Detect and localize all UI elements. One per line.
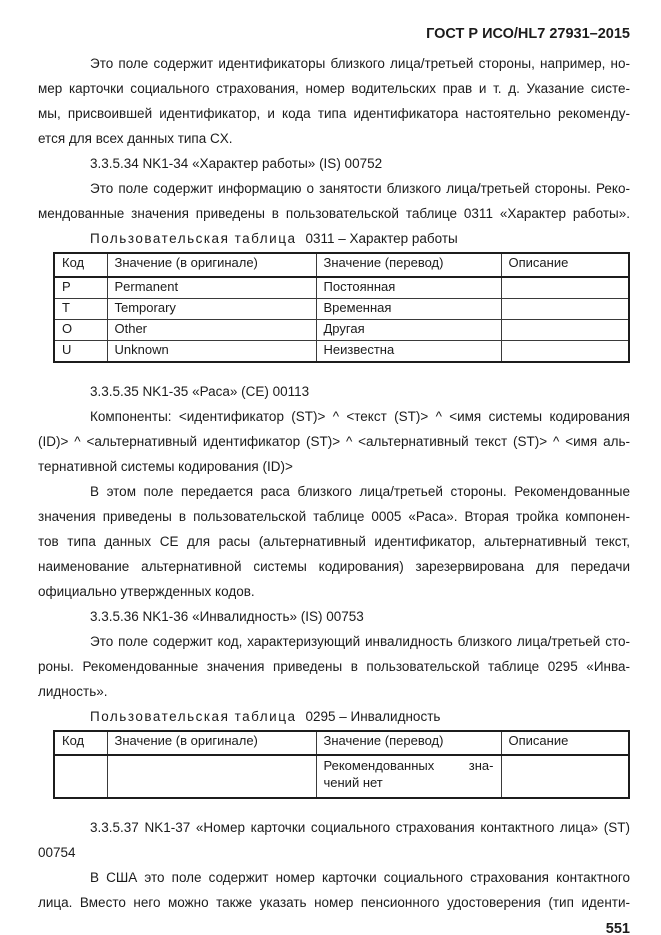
paragraph-components: Компоненты: <идентификатор (ST)> ^ <текс… (38, 404, 630, 479)
column-header-original-value: Значение (в оригинале) (107, 731, 316, 755)
table-cell: T (54, 299, 107, 320)
table-row: O Other Другая (54, 320, 629, 341)
table-cell (501, 277, 629, 299)
table-caption-title: 0311 – Характер работы (305, 231, 457, 246)
table-header-row: Код Значение (в оригинале) Значение (пер… (54, 253, 629, 277)
paragraph-disability: Это поле содержит код, характеризующий и… (38, 629, 630, 704)
paragraph-nk1-34: Это поле содержит информацию о занятости… (38, 176, 630, 226)
table-cell: Временная (316, 299, 501, 320)
paragraph-line: Это поле содержит идентификаторы близког… (38, 51, 630, 76)
table-cell-empty (54, 755, 107, 798)
section-heading-nk1-36: 3.3.5.36 NK1-36 «Инвалидность» (IS) 0075… (38, 604, 630, 629)
heading-line: 3.3.5.37 NK1-37 «Номер карточки социальн… (38, 815, 630, 840)
table-row: U Unknown Неизвестна (54, 341, 629, 363)
paragraph-line: значения приведены в пользовательской та… (38, 504, 630, 529)
table-0295-caption: Пользовательская таблица0295 – Инвалидно… (90, 704, 630, 729)
paragraph-line: Компоненты: <идентификатор (ST)> ^ <текс… (38, 404, 630, 429)
table-cell-line: чений нет (324, 774, 494, 791)
paragraph-line: лидность». (38, 679, 630, 704)
table-caption-title: 0295 – Инвалидность (305, 709, 440, 724)
paragraph-line: В этом поле передается раса близкого лиц… (38, 479, 630, 504)
column-header-description: Описание (501, 731, 629, 755)
paragraph-line: роны. Рекомендованные значения приведены… (38, 654, 630, 679)
table-cell-empty (107, 755, 316, 798)
paragraph-race: В этом поле передается раса близкого лиц… (38, 479, 630, 604)
table-cell: Рекомендованных зна- чений нет (316, 755, 501, 798)
table-caption-label: Пользовательская таблица (90, 231, 296, 246)
column-header-original-value: Значение (в оригинале) (107, 253, 316, 277)
table-cell-line: Рекомендованных зна- (324, 757, 494, 774)
table-0311-caption: Пользовательская таблица0311 – Характер … (90, 226, 630, 251)
paragraph-line: мер карточки социального страхования, но… (38, 76, 630, 101)
paragraph-line: мендованные значения приведены в пользов… (38, 201, 630, 226)
table-cell-empty (501, 755, 629, 798)
table-cell: Другая (316, 320, 501, 341)
table-cell: P (54, 277, 107, 299)
paragraph-line: (ID)> ^ <альтернативный идентификатор (S… (38, 429, 630, 454)
paragraph-line: Это поле содержит код, характеризующий и… (38, 629, 630, 654)
table-header-row: Код Значение (в оригинале) Значение (пер… (54, 731, 629, 755)
table-row: Рекомендованных зна- чений нет (54, 755, 629, 798)
paragraph-line: ется для всех данных типа CX. (38, 126, 630, 151)
table-row: P Permanent Постоянная (54, 277, 629, 299)
user-table-0311: Код Значение (в оригинале) Значение (пер… (53, 252, 630, 363)
paragraph-line: тернативной системы кодирования (ID)> (38, 454, 630, 479)
heading-line: 00754 (38, 840, 630, 865)
table-cell (501, 320, 629, 341)
paragraph-line: наименование альтернативной системы коди… (38, 554, 630, 579)
table-cell (501, 299, 629, 320)
table-caption-label: Пользовательская таблица (90, 709, 296, 724)
table-row: T Temporary Временная (54, 299, 629, 320)
document-page: ГОСТ Р ИСО/HL7 27931–2015 Это поле содер… (0, 0, 661, 935)
section-heading-nk1-34: 3.3.5.34 NK1-34 «Характер работы» (IS) 0… (38, 151, 630, 176)
document-standard-title: ГОСТ Р ИСО/HL7 27931–2015 (38, 26, 630, 43)
column-header-code: Код (54, 731, 107, 755)
table-cell: Unknown (107, 341, 316, 363)
paragraph-line: лица. Вместо него можно также указать но… (38, 890, 630, 915)
paragraph-line: официально утвержденных кодов. (38, 579, 630, 604)
paragraph-ssn: В США это поле содержит номер карточки с… (38, 865, 630, 915)
table-cell: Неизвестна (316, 341, 501, 363)
user-table-0295: Код Значение (в оригинале) Значение (пер… (53, 730, 630, 799)
table-cell: Permanent (107, 277, 316, 299)
section-heading-nk1-35: 3.3.5.35 NK1-35 «Раса» (CE) 00113 (38, 379, 630, 404)
section-heading-nk1-37: 3.3.5.37 NK1-37 «Номер карточки социальн… (38, 815, 630, 865)
column-header-translated-value: Значение (перевод) (316, 731, 501, 755)
table-cell: U (54, 341, 107, 363)
paragraph-line: В США это поле содержит номер карточки с… (38, 865, 630, 890)
column-header-description: Описание (501, 253, 629, 277)
table-cell: Постоянная (316, 277, 501, 299)
paragraph-line: тов типа данных CE для расы (альтернатив… (38, 529, 630, 554)
table-cell: Other (107, 320, 316, 341)
table-cell: Temporary (107, 299, 316, 320)
column-header-code: Код (54, 253, 107, 277)
page-number: 551 (38, 921, 630, 935)
table-cell: O (54, 320, 107, 341)
column-header-translated-value: Значение (перевод) (316, 253, 501, 277)
paragraph-line: Это поле содержит информацию о занятости… (38, 176, 630, 201)
table-cell (501, 341, 629, 363)
paragraph-identifiers: Это поле содержит идентификаторы близког… (38, 51, 630, 151)
paragraph-line: мы, присвоившей идентификатор, и кода ти… (38, 101, 630, 126)
